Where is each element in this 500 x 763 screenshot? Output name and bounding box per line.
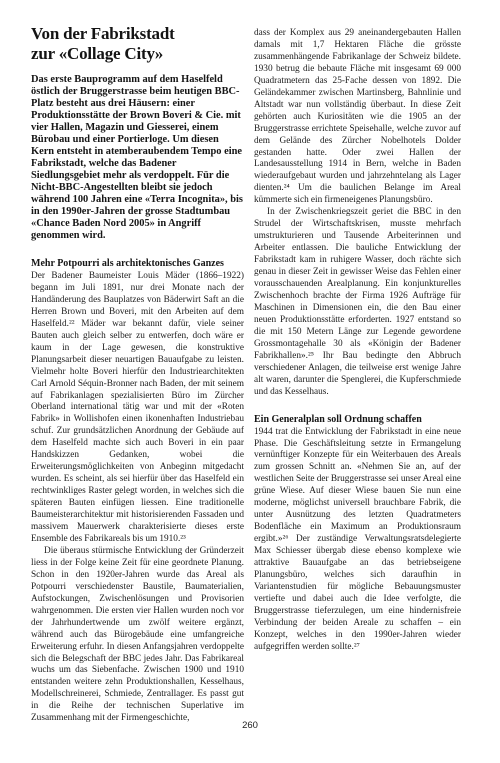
section-heading-potpourri: Mehr Potpourri als architektonisches Gan… xyxy=(31,258,244,270)
body-paragraph: dass der Komplex aus 29 aneinandergebaut… xyxy=(254,24,461,207)
page-number: 260 xyxy=(0,720,500,731)
column-right: dass der Komplex aus 29 aneinandergebaut… xyxy=(254,24,461,725)
section-heading-generalplan: Ein Generalplan soll Ordnung schaffen xyxy=(254,414,461,426)
page-title-line-2: zur «Collage City» xyxy=(31,44,244,64)
page-title-line-1: Von der Fabrikstadt xyxy=(31,24,244,44)
column-left: Von der Fabrikstadt zur «Collage City» D… xyxy=(31,24,244,725)
body-paragraph: Die überaus stürmische Entwicklung der G… xyxy=(31,546,244,725)
body-paragraph: 1944 trat die Entwicklung der Fabrikstad… xyxy=(254,427,461,654)
two-column-text-block: Von der Fabrikstadt zur «Collage City» D… xyxy=(31,24,461,725)
lede-paragraph: Das erste Bauprogramm auf dem Haselfeld … xyxy=(31,74,244,242)
body-paragraph: In der Zwischenkriegszeit geriet die BBC… xyxy=(254,207,461,398)
book-page: Von der Fabrikstadt zur «Collage City» D… xyxy=(0,0,500,763)
body-paragraph: Der Badener Baumeister Louis Mäder (1866… xyxy=(31,271,244,546)
page-title: Von der Fabrikstadt zur «Collage City» xyxy=(31,24,244,64)
